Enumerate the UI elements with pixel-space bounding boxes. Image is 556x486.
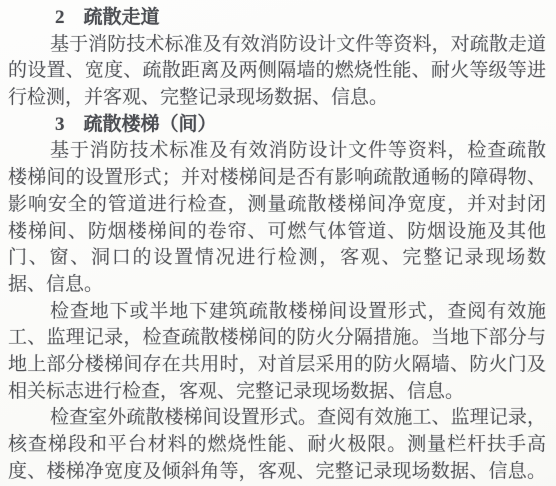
- section-heading-line: 3 疏散楼梯（间）: [8, 112, 546, 139]
- body-text-line: 检查室外疏散楼梯间设置形式。查阅有效施工、监理记录，: [8, 405, 546, 432]
- document-page: 2 疏散走道基于消防技术标准及有效消防设计文件等资料，对疏散走道的设置、宽度、疏…: [0, 0, 556, 486]
- body-text-line: 楼梯间、防烟楼梯间的卷帘、可燃气体管道、防烟设施及其他: [8, 219, 546, 246]
- body-text-line: 核查梯段和平台材料的燃烧性能、耐火极限。测量栏杆扶手高: [8, 432, 546, 459]
- body-text-line: 地上部分楼梯间存在共用时，对首层采用的防火隔墙、防火门及: [8, 352, 546, 379]
- body-text-line: 门、窗、洞口的设置情况进行检测，客观、完整记录现场数: [8, 245, 546, 272]
- body-text-line: 检查地下或半地下建筑疏散楼梯间设置形式，查阅有效施: [8, 299, 546, 326]
- body-text-line: 的设置、宽度、疏散距离及两侧隔墙的燃烧性能、耐火等级等进: [8, 58, 546, 85]
- document-text-block: 2 疏散走道基于消防技术标准及有效消防设计文件等资料，对疏散走道的设置、宽度、疏…: [8, 5, 546, 485]
- body-text-line: 基于消防技术标准及有效消防设计文件等资料，对疏散走道: [8, 32, 546, 59]
- body-text-line: 相关标志进行检查，客观、完整记录现场数据、信息。: [8, 379, 546, 406]
- body-text-line: 据、信息。: [8, 272, 546, 299]
- body-text-line: 行检测，并客观、完整记录现场数据、信息。: [8, 85, 546, 112]
- body-text-line: 度、楼梯净宽度及倾斜角等，客观、完整记录现场数据、信息。: [8, 459, 546, 486]
- body-text-line: 影响安全的管道进行检查，测量疏散楼梯间净宽度，并对封闭: [8, 192, 546, 219]
- body-text-line: 楼梯间的设置形式；并对楼梯间是否有影响疏散通畅的障碍物、: [8, 165, 546, 192]
- body-text-line: 工、监理记录，检查疏散楼梯间的防火分隔措施。当地下部分与: [8, 325, 546, 352]
- body-text-line: 基于消防技术标准及有效消防设计文件等资料，检查疏散: [8, 138, 546, 165]
- section-heading-line: 2 疏散走道: [8, 5, 546, 32]
